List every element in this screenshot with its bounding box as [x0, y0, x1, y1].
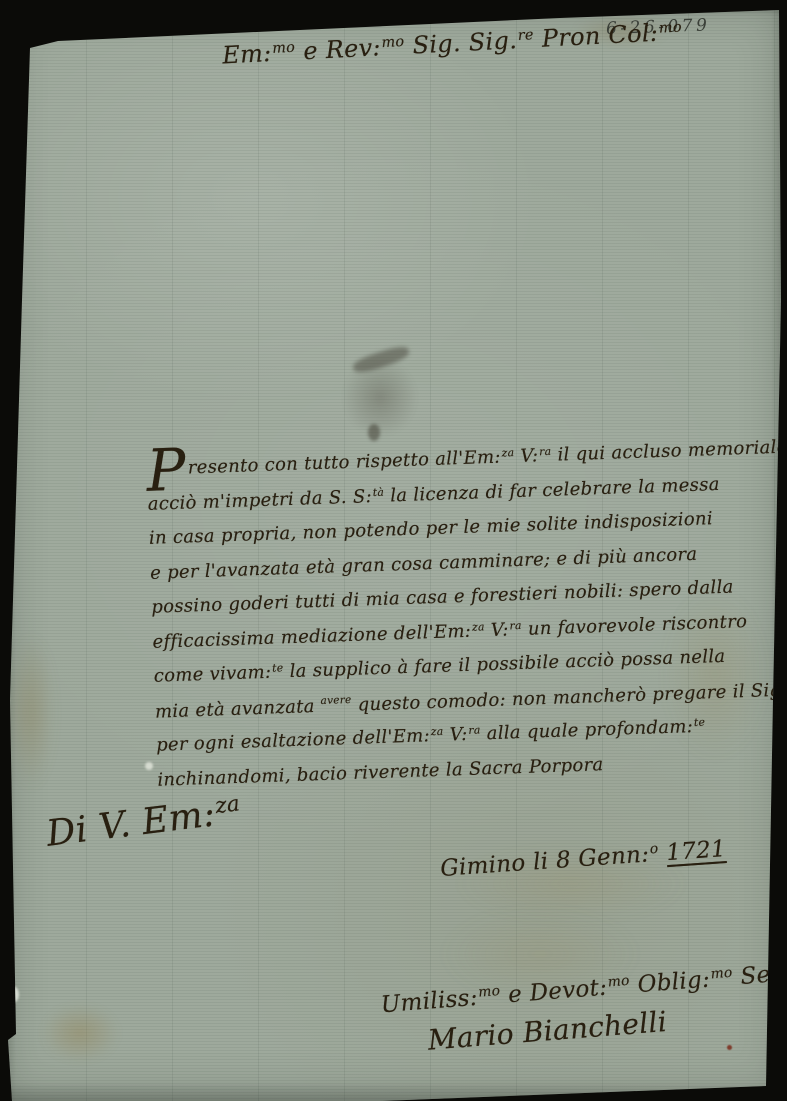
- script-segment: mo: [659, 20, 683, 37]
- script-line: Em:mo e Rev:mo Sig. Sig.re Pron Col:mo: [222, 19, 663, 70]
- dateline: Gimino li 8 Genn:o 1721: [439, 836, 726, 882]
- paper-chip: [145, 762, 153, 770]
- valediction: Di V. Em:za: [44, 790, 243, 855]
- script-segment: V:: [484, 619, 509, 641]
- script-segment: resento con tutto rispetto all'Em:: [187, 447, 501, 479]
- script-segment: ra: [539, 445, 552, 458]
- script-segment: Pron Col:: [533, 19, 659, 53]
- script-segment: za: [431, 725, 444, 738]
- script-segment: mo: [381, 34, 405, 51]
- ink-showthrough-mark: [368, 424, 380, 441]
- stain: [28, 994, 132, 1072]
- script-segment: re: [778, 960, 787, 977]
- script-segment: il qui accluso memoriale: [551, 437, 787, 466]
- script-segment: mo: [272, 40, 296, 57]
- script-segment: mo: [710, 965, 733, 983]
- script-segment: 1721: [665, 836, 726, 866]
- script-segment: Se:: [732, 961, 780, 991]
- script-segment: Mario Bianchelli: [427, 1005, 669, 1057]
- script-segment: Sig. Sig.: [404, 26, 518, 60]
- script-segment: come vivam:: [153, 662, 271, 687]
- script-segment: e Rev:: [295, 33, 382, 65]
- script-segment: e Devot:: [500, 975, 609, 1009]
- script-segment: te: [694, 716, 706, 729]
- ink-showthrough-mark: [351, 343, 411, 375]
- script-line: Di V. Em:za: [44, 790, 243, 855]
- script-segment: Umiliss:: [380, 985, 479, 1019]
- paper-speck: [727, 1045, 732, 1050]
- script-segment: V:: [443, 724, 468, 746]
- script-segment: te: [272, 661, 284, 674]
- letter-body: Presento con tutto rispetto all'Em:za V:…: [146, 437, 778, 803]
- paper-chip: [6, 986, 19, 1003]
- script-segment: Gimino li 8 Genn:: [439, 841, 650, 882]
- script-segment: mo: [607, 973, 630, 991]
- script-segment: ra: [468, 723, 481, 736]
- script-segment: Em:: [222, 39, 273, 70]
- letter-page: 6-26-079 Em:mo e Rev:mo Sig. Sig.re Pron…: [0, 0, 787, 1101]
- script-segment: za: [501, 446, 514, 459]
- script-segment: za: [472, 620, 485, 633]
- script-segment: ra: [509, 618, 522, 631]
- script-segment: mia età avanzata: [155, 695, 321, 722]
- script-segment: re: [517, 27, 534, 44]
- script-segment: Oblig:: [629, 966, 711, 998]
- salutation: Em:mo e Rev:mo Sig. Sig.re Pron Col:mo: [222, 19, 663, 70]
- signature: Umiliss:mo e Devot:mo Oblig:mo Se:reMari…: [380, 960, 787, 1060]
- photograph-backdrop: 6-26-079 Em:mo e Rev:mo Sig. Sig.re Pron…: [0, 0, 787, 1101]
- script-segment: avere: [320, 693, 351, 706]
- ink-showthrough-mark: [330, 345, 430, 450]
- script-segment: Di V. Em:: [44, 793, 217, 854]
- stain: [248, 0, 320, 30]
- script-line: Gimino li 8 Genn:o 1721: [439, 836, 726, 882]
- script-segment: tà: [372, 485, 384, 498]
- script-segment: V:: [514, 445, 539, 467]
- script-segment: mo: [478, 983, 501, 1001]
- script-segment: za: [214, 791, 242, 819]
- stain: [2, 612, 60, 812]
